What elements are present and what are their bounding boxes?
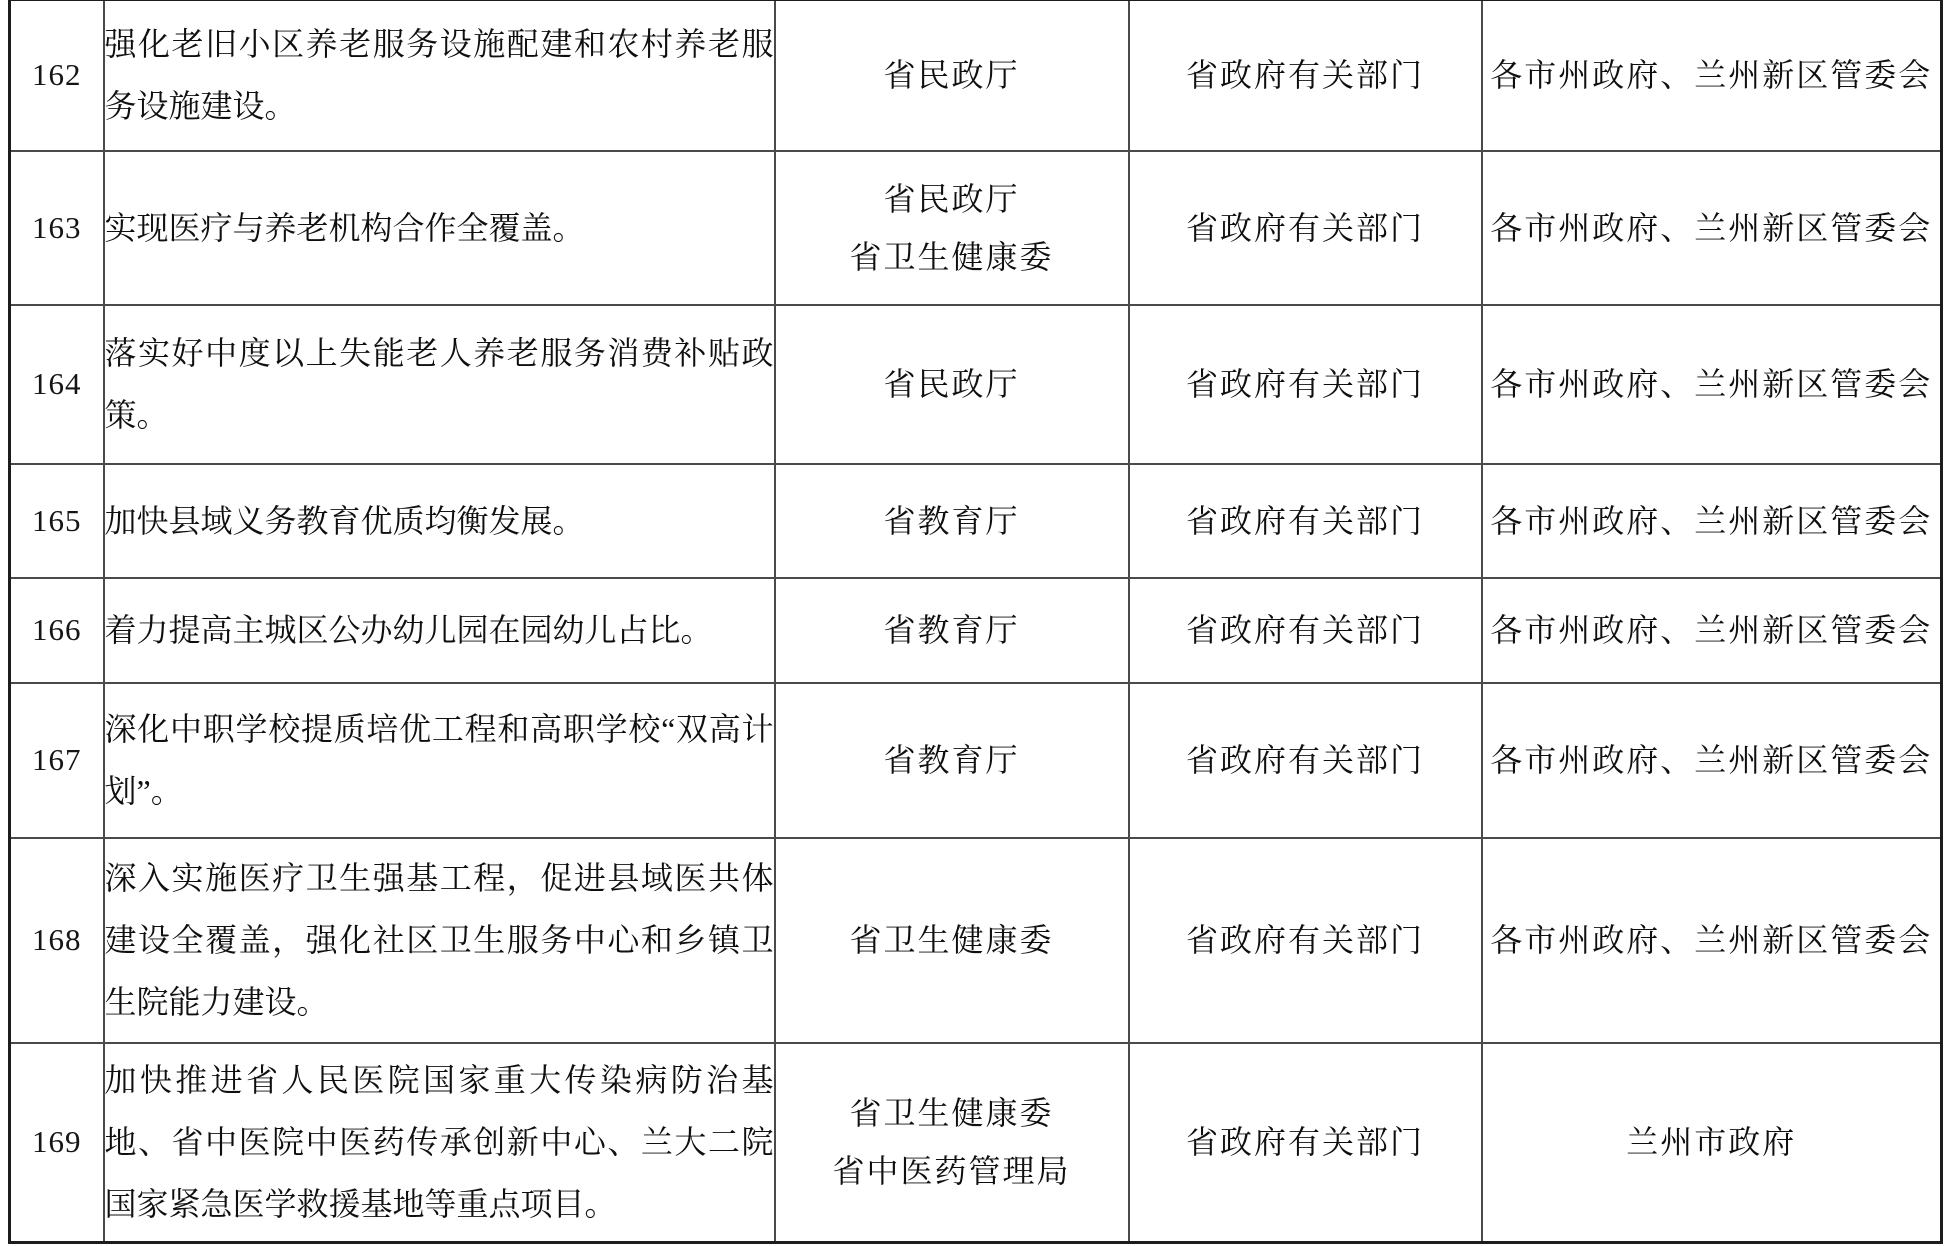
lead-department-cell: 省民政厅 省卫生健康委 (775, 151, 1129, 305)
document-page: 162 强化老旧小区养老服务设施配建和农村养老服务设施建设。 省民政厅 省政府有… (0, 0, 1950, 1246)
lead-department: 省教育厅 (776, 601, 1128, 659)
task-text: 落实好中度以上失能老人养老服务消费补贴政策。 (104, 305, 775, 464)
coordinating-department: 省政府有关部门 (1129, 151, 1482, 305)
table-row: 164 落实好中度以上失能老人养老服务消费补贴政策。 省民政厅 省政府有关部门 … (10, 305, 1942, 464)
lead-department-cell: 省民政厅 (775, 305, 1129, 464)
task-number: 168 (10, 838, 104, 1043)
task-number: 165 (10, 464, 104, 578)
task-text: 实现医疗与养老机构合作全覆盖。 (104, 151, 775, 305)
implementing-unit: 各市州政府、兰州新区管委会 (1482, 683, 1942, 838)
table-row: 163 实现医疗与养老机构合作全覆盖。 省民政厅 省卫生健康委 省政府有关部门 … (10, 151, 1942, 305)
coordinating-department: 省政府有关部门 (1129, 683, 1482, 838)
lead-department: 省卫生健康委 (776, 1084, 1128, 1142)
lead-department-cell: 省教育厅 (775, 464, 1129, 578)
implementing-unit: 各市州政府、兰州新区管委会 (1482, 151, 1942, 305)
lead-department: 省卫生健康委 (776, 228, 1128, 286)
lead-department-cell: 省卫生健康委 (775, 838, 1129, 1043)
lead-department-cell: 省教育厅 (775, 578, 1129, 683)
lead-department: 省民政厅 (776, 170, 1128, 228)
task-number: 167 (10, 683, 104, 838)
task-assignment-table: 162 强化老旧小区养老服务设施配建和农村养老服务设施建设。 省民政厅 省政府有… (8, 0, 1943, 1244)
table-row: 162 强化老旧小区养老服务设施配建和农村养老服务设施建设。 省民政厅 省政府有… (10, 0, 1942, 151)
task-number: 162 (10, 0, 104, 151)
task-number: 169 (10, 1043, 104, 1243)
coordinating-department: 省政府有关部门 (1129, 305, 1482, 464)
coordinating-department: 省政府有关部门 (1129, 578, 1482, 683)
table-row: 168 深入实施医疗卫生强基工程，促进县域医共体建设全覆盖，强化社区卫生服务中心… (10, 838, 1942, 1043)
table-row: 165 加快县域义务教育优质均衡发展。 省教育厅 省政府有关部门 各市州政府、兰… (10, 464, 1942, 578)
implementing-unit: 各市州政府、兰州新区管委会 (1482, 0, 1942, 151)
implementing-unit: 各市州政府、兰州新区管委会 (1482, 838, 1942, 1043)
coordinating-department: 省政府有关部门 (1129, 0, 1482, 151)
lead-department: 省卫生健康委 (776, 911, 1128, 969)
implementing-unit: 兰州市政府 (1482, 1043, 1942, 1243)
coordinating-department: 省政府有关部门 (1129, 838, 1482, 1043)
table-row: 167 深化中职学校提质培优工程和高职学校“双高计划”。 省教育厅 省政府有关部… (10, 683, 1942, 838)
lead-department: 省中医药管理局 (776, 1142, 1128, 1200)
coordinating-department: 省政府有关部门 (1129, 464, 1482, 578)
lead-department-cell: 省民政厅 (775, 0, 1129, 151)
lead-department: 省民政厅 (776, 355, 1128, 413)
lead-department: 省民政厅 (776, 46, 1128, 104)
lead-department: 省教育厅 (776, 731, 1128, 789)
table-row: 169 加快推进省人民医院国家重大传染病防治基地、省中医院中医药传承创新中心、兰… (10, 1043, 1942, 1243)
task-text: 加快县域义务教育优质均衡发展。 (104, 464, 775, 578)
task-text: 着力提高主城区公办幼儿园在园幼儿占比。 (104, 578, 775, 683)
task-number: 163 (10, 151, 104, 305)
table-row: 166 着力提高主城区公办幼儿园在园幼儿占比。 省教育厅 省政府有关部门 各市州… (10, 578, 1942, 683)
lead-department: 省教育厅 (776, 492, 1128, 550)
task-text: 强化老旧小区养老服务设施配建和农村养老服务设施建设。 (104, 0, 775, 151)
coordinating-department: 省政府有关部门 (1129, 1043, 1482, 1243)
implementing-unit: 各市州政府、兰州新区管委会 (1482, 305, 1942, 464)
lead-department-cell: 省卫生健康委 省中医药管理局 (775, 1043, 1129, 1243)
task-text: 加快推进省人民医院国家重大传染病防治基地、省中医院中医药传承创新中心、兰大二院国… (104, 1043, 775, 1243)
task-number: 166 (10, 578, 104, 683)
implementing-unit: 各市州政府、兰州新区管委会 (1482, 578, 1942, 683)
task-text: 深入实施医疗卫生强基工程，促进县域医共体建设全覆盖，强化社区卫生服务中心和乡镇卫… (104, 838, 775, 1043)
implementing-unit: 各市州政府、兰州新区管委会 (1482, 464, 1942, 578)
task-number: 164 (10, 305, 104, 464)
lead-department-cell: 省教育厅 (775, 683, 1129, 838)
task-text: 深化中职学校提质培优工程和高职学校“双高计划”。 (104, 683, 775, 838)
